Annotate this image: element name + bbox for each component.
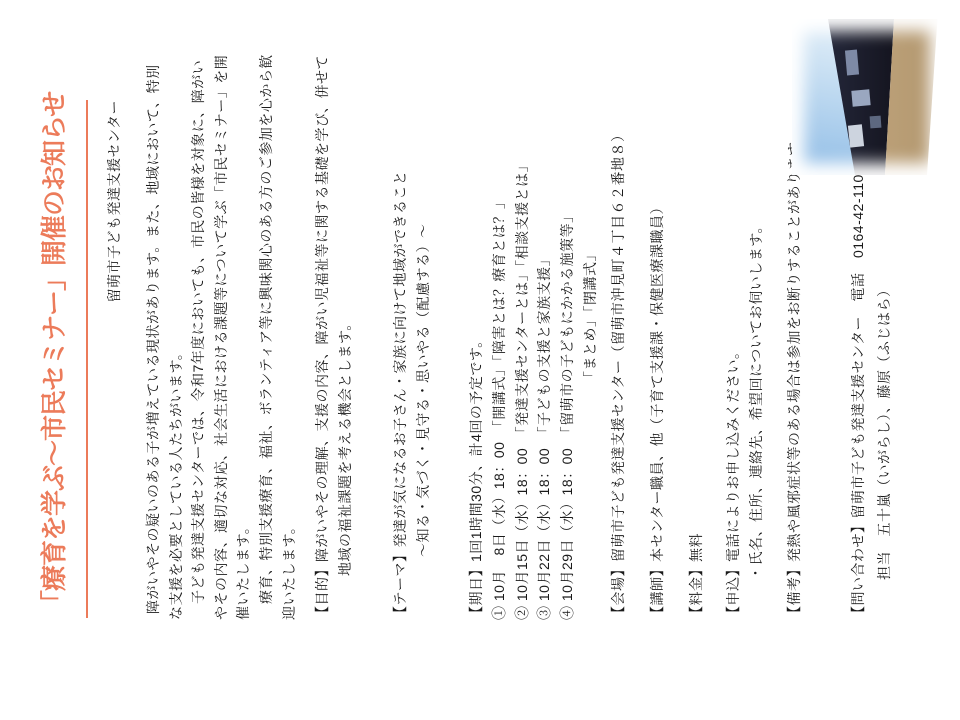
intro-line: な支援を必要としている人たちがいます。 [166,346,186,620]
schedule-item: ④ 10月29日（水）18：00 「留萌市の子どもにかかる施策等」 [557,208,577,620]
seminar-title: 「療育を学ぶ～市民セミナー」開催のお知らせ [34,92,71,616]
page: 「療育を学ぶ～市民セミナー」開催のお知らせ 留萌市子ども発達支援センター 障がい… [0,0,960,720]
fee-line: 【料金】無料 [686,533,706,620]
photo-edge-fade [792,19,942,175]
purpose-line: 【目的】障がいやその理解、支援の内容、障がい児福祉等に関する基礎を学び、併せて [312,55,332,620]
schedule-item: ② 10月15日（水）18：00 「発達支援センターとは」「相談支援とは」 [512,158,532,620]
schedule-header: 【期日】1回1時間30分、計4回の予定です。 [466,333,486,620]
application-line: 【申込】電話によりお申し込みください。 [723,345,743,621]
intro-line: 子ども発達支援センターでは、令和7年度においても、市民の皆様を対象に、障がい [188,60,208,604]
note-line: 【備考】発熱や風邪症状等のある場合は参加をお断りすることがあります。 [784,128,804,620]
purpose-line: 地域の福祉課題を考える機会とします。 [335,316,355,576]
theme-line: ～知る・気づく・見守る・思いやる（配慮する）～ [413,224,433,558]
intro-line: 迎いたします。 [279,520,299,620]
document: 「療育を学ぶ～市民セミナー」開催のお知らせ 留萌市子ども発達支援センター 障がい… [0,0,960,720]
intro-line: 障がいやその疑いのある子が増えている現状があります。また、地域において、特別 [143,64,163,614]
contact-person-line: 担当 五十嵐（いがらし）、藤原（ふじはら） [874,283,894,581]
intro-line: 療育、特別支援療育、福祉、ボランティア等に興味関心のある方のご参加を心から歓 [256,54,276,604]
application-detail-line: ・氏名、住所、連絡先、希望回についてお伺いします。 [746,219,766,580]
title-underline [86,100,88,618]
schedule-item: ③ 10月22日（水）18：00 「子どもの支援と家族支援」 [534,252,554,620]
theme-line: 【テーマ】発達が気になるお子さん・家族に向けて地域ができること [390,171,410,621]
schedule-closing: 「まとめ」「閉講式」 [580,247,600,385]
schedule-item: ① 10月 8日（水）18：00 「開講式」「障害とは？療育とは？」 [489,195,509,620]
venue-line: 【会場】留萌市子ども発達支援センター（留萌市沖見町４丁目６２番地８） [608,128,628,620]
contact-line: 【問い合わせ】留萌市子ども発達支援センター 電話 0164-42-1109 [848,166,868,620]
intro-line: やその内容、適切な対応、社会生活における課題等について学ぶ「市民セミナー」を開 [211,55,231,620]
building-photo [792,19,942,175]
organization-name: 留萌市子ども発達支援センター [104,100,124,616]
lecturer-line: 【講師】本センター職員、他（子育て支援課・保健医療課職員） [647,200,667,620]
intro-line: 催いたします。 [233,520,253,620]
